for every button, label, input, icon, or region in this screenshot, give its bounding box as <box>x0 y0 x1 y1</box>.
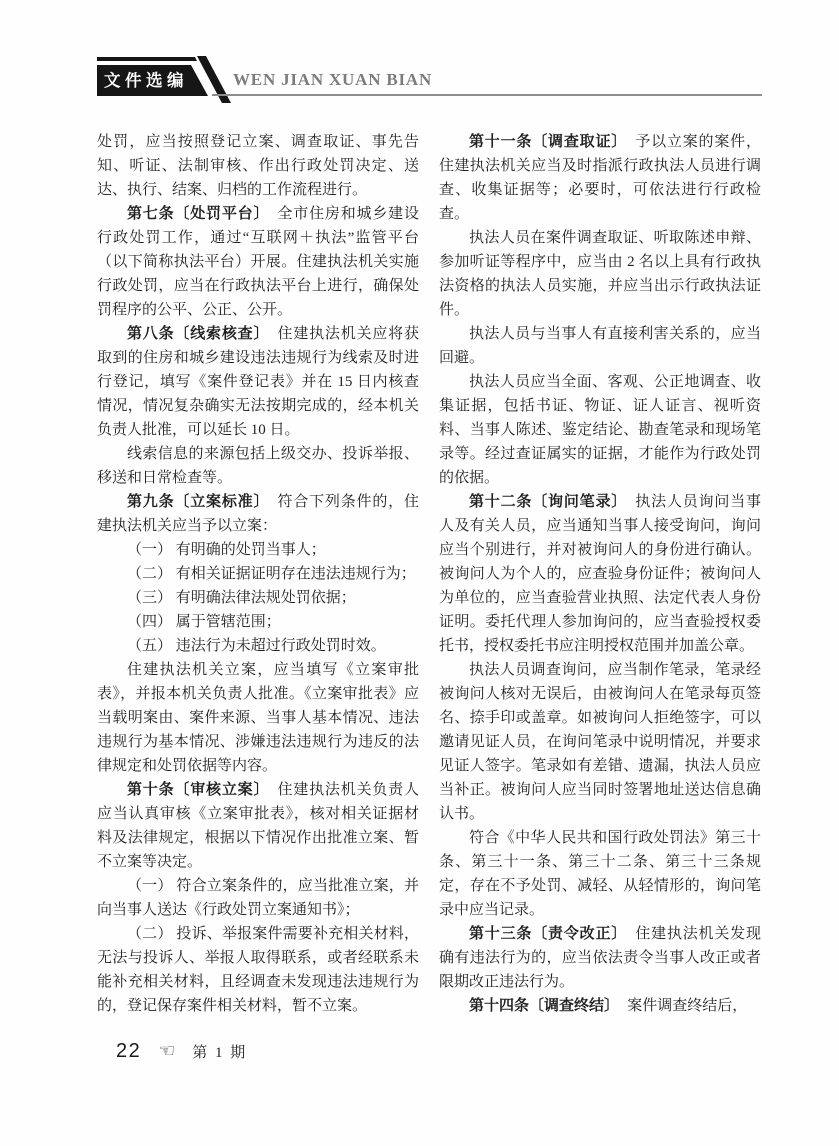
pointing-hand-icon: ☜ <box>158 1042 175 1061</box>
article-paragraph: 第七条〔处罚平台〕全市住房和城乡建设行政处罚工作，通过“互联网＋执法”监管平台（… <box>97 202 419 322</box>
body-paragraph: 处罚，应当按照登记立案、调查取证、事先告知、听证、法制审核、作出行政处罚决定、送… <box>97 130 419 202</box>
article-paragraph: 第十一条〔调查取证〕予以立案的案件，住建执法机关应当及时指派行政执法人员进行调查… <box>439 130 761 226</box>
body-paragraph: 执法人员调查询问，应当制作笔录，笔录经被询问人核对无误后，由被询问人在笔录每页签… <box>439 658 761 826</box>
page-footer: 22 ☜ 第 1 期 <box>116 1038 247 1064</box>
body-paragraph: （二） 投诉、举报案件需要补充相关材料，无法与投诉人、举报人取得联系，或者经联系… <box>97 922 419 1018</box>
article-paragraph: 第十三条〔责令改正〕住建执法机关发现确有违法行为的，应当依法责令当事人改正或者限… <box>439 922 761 994</box>
body-paragraph: （四） 属于管辖范围； <box>97 610 419 634</box>
left-column: 处罚，应当按照登记立案、调查取证、事先告知、听证、法制审核、作出行政处罚决定、送… <box>97 130 419 1018</box>
body-paragraph: 住建执法机关立案，应当填写《立案审批表》，并报本机关负责人批准。《立案审批表》应… <box>97 658 419 778</box>
body-paragraph: （三） 有明确法律法规处罚依据； <box>97 586 419 610</box>
article-lead: 第十条〔审核立案〕 <box>127 782 269 798</box>
article-lead: 第八条〔线索核查〕 <box>127 326 269 342</box>
body-paragraph: （五） 违法行为未超过行政处罚时效。 <box>97 634 419 658</box>
page-header: 文件选编 WEN JIAN XUAN BIAN <box>0 0 839 110</box>
body-paragraph: 符合《中华人民共和国行政处罚法》第三十条、第三十一条、第三十二条、第三十三条规定… <box>439 826 761 922</box>
article-lead: 第十二条〔询问笔录〕 <box>469 494 627 510</box>
header-rule <box>212 94 762 96</box>
right-column: 第十一条〔调查取证〕予以立案的案件，住建执法机关应当及时指派行政执法人员进行调查… <box>439 130 761 1018</box>
article-lead: 第七条〔处罚平台〕 <box>127 206 269 222</box>
pinyin-title: WEN JIAN XUAN BIAN <box>233 70 432 90</box>
body-paragraph: （一） 有明确的处罚当事人； <box>97 538 419 562</box>
article-paragraph: 第十条〔审核立案〕住建执法机关负责人应当认真审核《立案审批表》，核对相关证据材料… <box>97 778 419 874</box>
article-paragraph: 第九条〔立案标准〕符合下列条件的，住建执法机关应当予以立案： <box>97 490 419 538</box>
body-paragraph: 执法人员与当事人有直接利害关系的，应当回避。 <box>439 322 761 370</box>
article-paragraph: 第八条〔线索核查〕住建执法机关应将获取到的住房和城乡建设违法违规行为线索及时进行… <box>97 322 419 442</box>
article-lead: 第九条〔立案标准〕 <box>127 494 269 510</box>
article-paragraph: 第十四条〔调查终结〕案件调查终结后， <box>439 994 761 1018</box>
page-number: 22 <box>116 1040 141 1063</box>
article-lead: 第十一条〔调查取证〕 <box>469 134 627 150</box>
article-lead: 第十三条〔责令改正〕 <box>469 926 627 942</box>
body-paragraph: 线索信息的来源包括上级交办、投诉举报、移送和日常检查等。 <box>97 442 419 490</box>
body-paragraph: 执法人员应当全面、客观、公正地调查、收集证据，包括书证、物证、证人证言、视听资料… <box>439 370 761 490</box>
badge-top-bar <box>97 57 197 61</box>
body-paragraph: （一） 符合立案条件的，应当批准立案，并向当事人送达《行政处罚立案通知书》； <box>97 874 419 922</box>
article-paragraph: 第十二条〔询问笔录〕执法人员询问当事人及有关人员，应当通知当事人接受询问，询问应… <box>439 490 761 658</box>
section-badge-title: 文件选编 <box>104 68 188 94</box>
document-body: 处罚，应当按照登记立案、调查取证、事先告知、听证、法制审核、作出行政处罚决定、送… <box>97 130 761 1018</box>
body-paragraph: （二） 有相关证据证明存在违法违规行为； <box>97 562 419 586</box>
issue-label: 第 1 期 <box>192 1041 247 1062</box>
body-paragraph: 执法人员在案件调查取证、听取陈述申辩、参加听证等程序中，应当由 2 名以上具有行… <box>439 226 761 322</box>
document-page: 文件选编 WEN JIAN XUAN BIAN 处罚，应当按照登记立案、调查取证… <box>0 0 839 1146</box>
article-lead: 第十四条〔调查终结〕 <box>469 998 619 1014</box>
